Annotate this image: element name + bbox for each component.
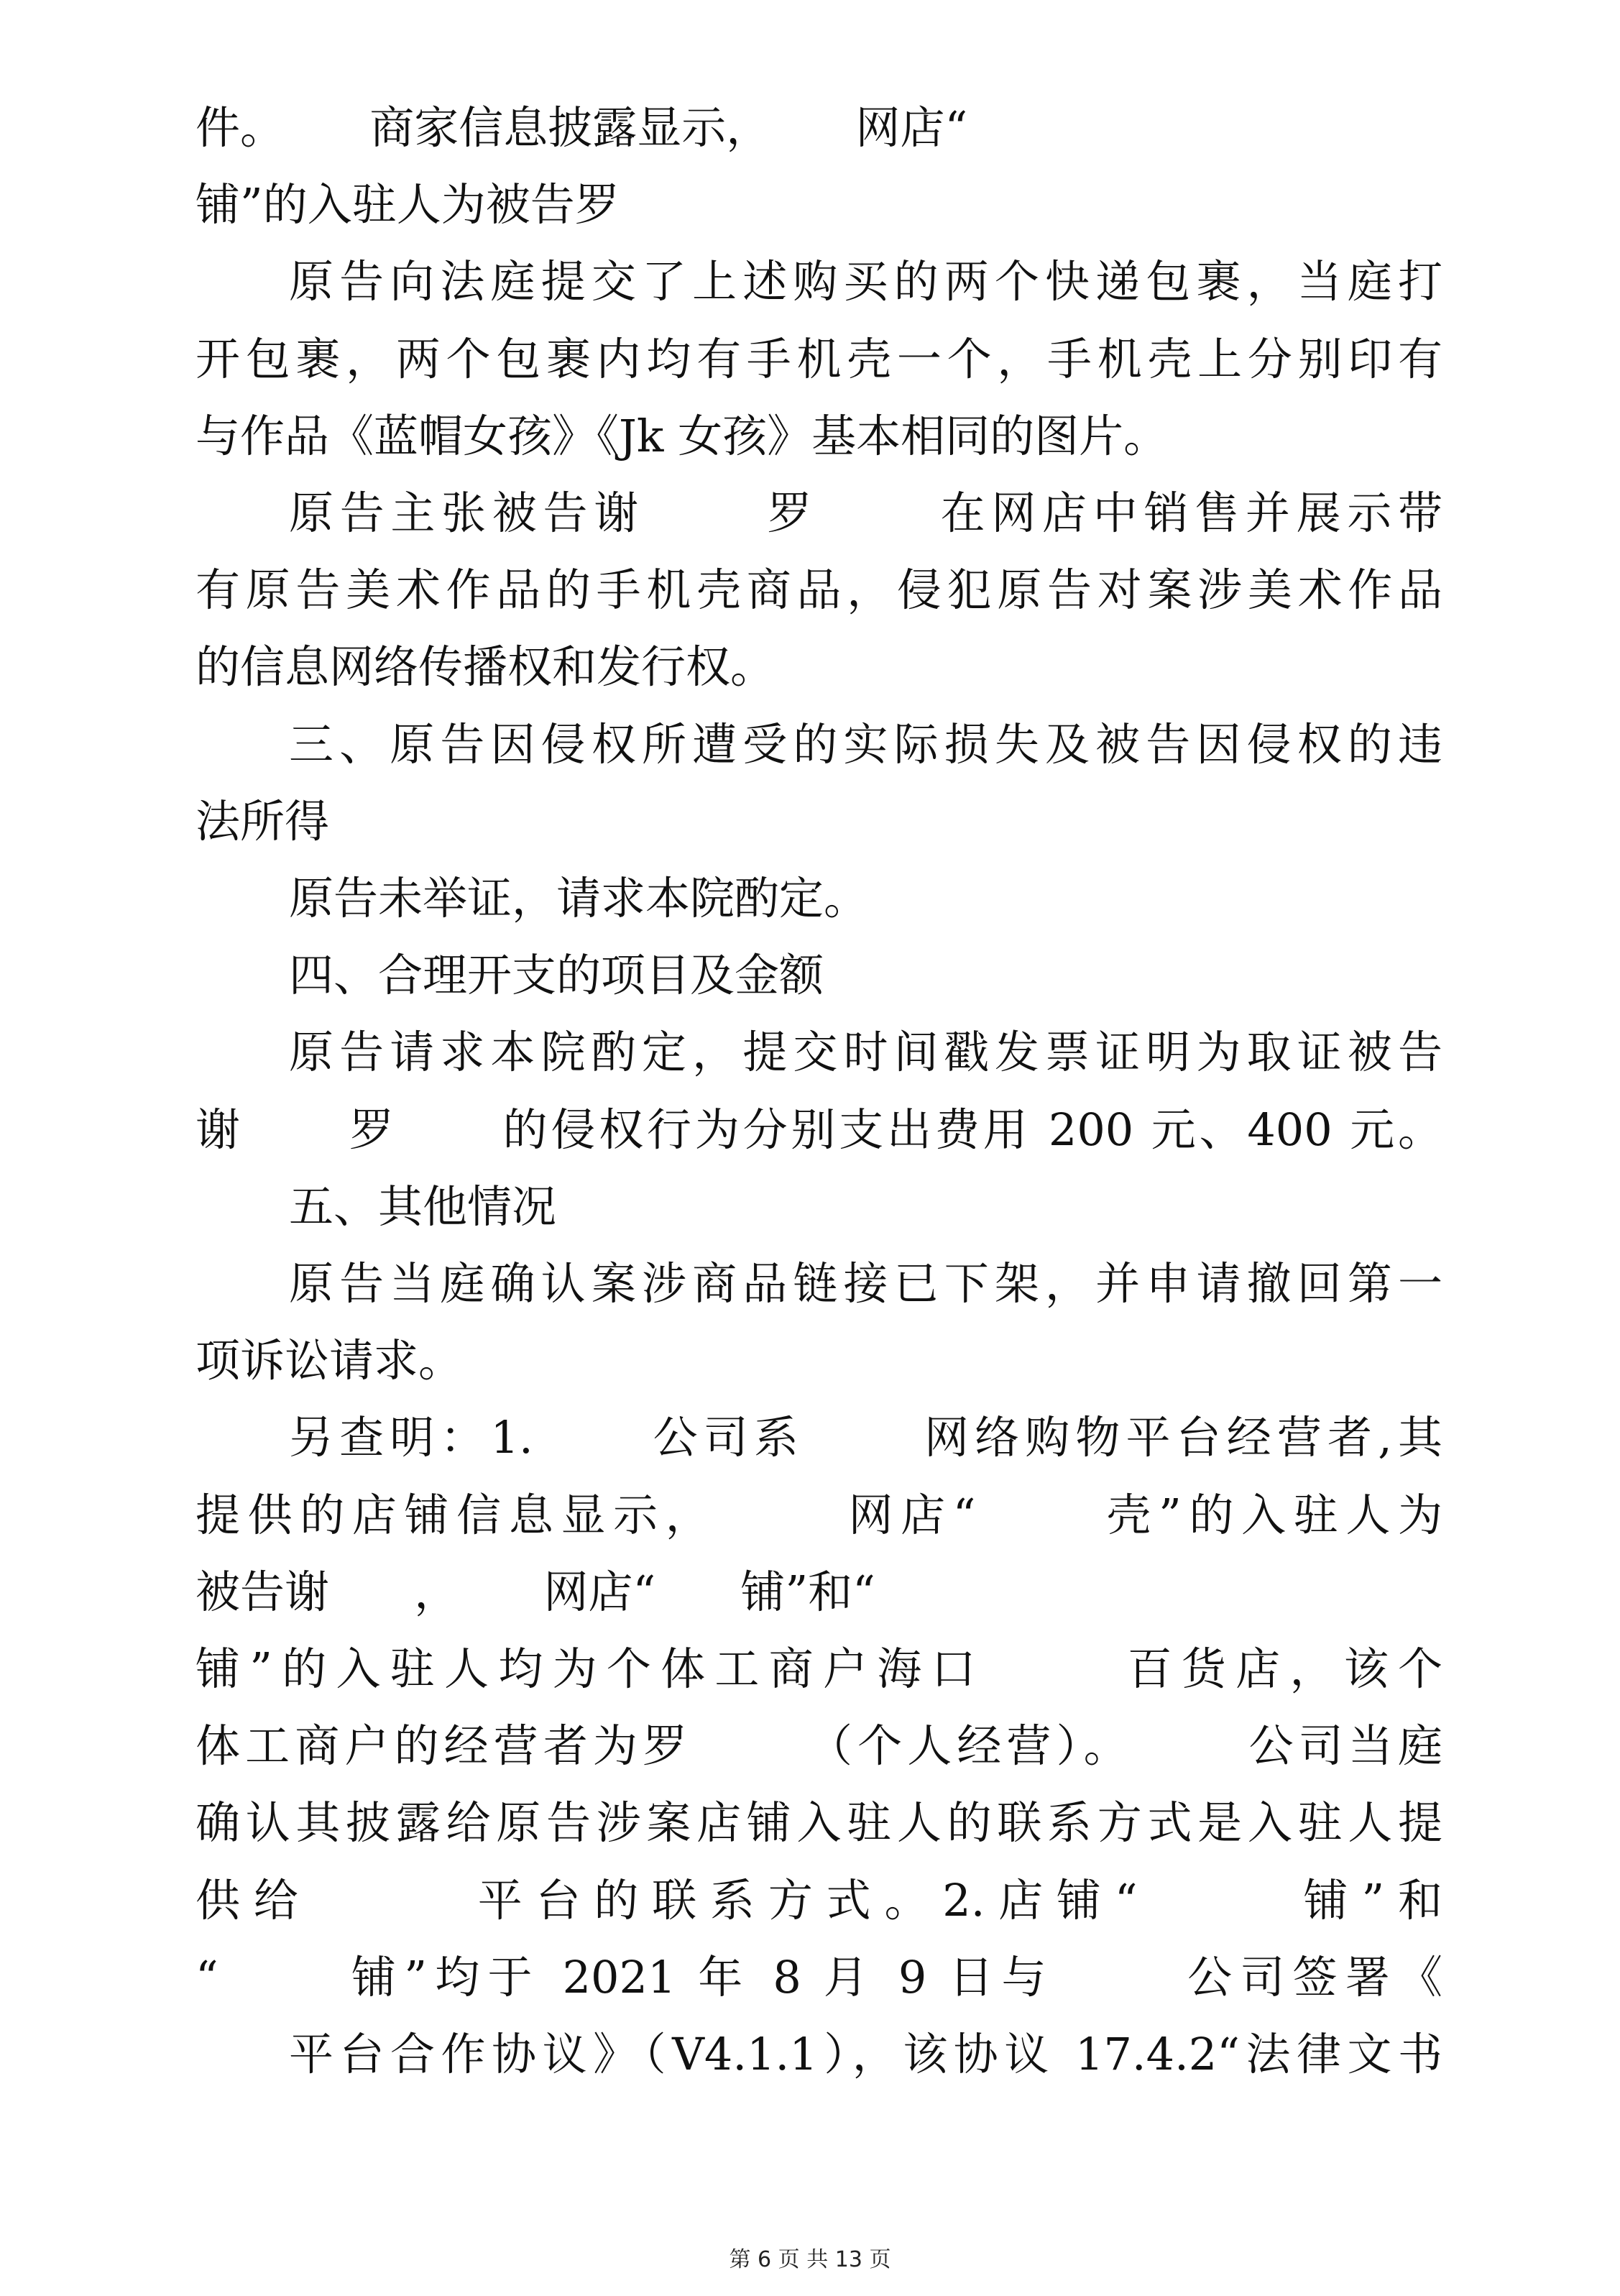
document-line: 五、其他情况 — [289, 1171, 1442, 1243]
document-line: 提供的店铺信息显示， 网店“ 壳”的入驻人为 — [195, 1479, 1442, 1551]
document-line: 法所得 — [195, 786, 1442, 858]
document-line: 原告未举证，请求本院酌定。 — [289, 863, 1442, 935]
document-line: 的信息网络传播权和发行权。 — [195, 631, 1442, 703]
document-line: 原告当庭确认案涉商品链接已下架，并申请撤回第一 — [289, 1248, 1442, 1320]
document-line: “ 铺”均于 2021 年 8 月 9 日与 公司签署《 — [195, 1942, 1442, 2013]
document-line: 三、原告因侵权所遭受的实际损失及被告因侵权的违 — [289, 709, 1442, 781]
document-line: 谢 罗 的侵权行为分别支出费用 200 元、400 元。 — [195, 1094, 1442, 1166]
document-line: 平台合作协议》（V4.1.1），该协议 17.4.2“法律文书 — [289, 2019, 1442, 2090]
document-line: 另查明：1. 公司系 网络购物平台经营者,其 — [289, 1402, 1442, 1474]
document-line: 铺”的入驻人均为个体工商户海口 百货店，该个 — [195, 1633, 1442, 1705]
document-page: 件。 商家信息披露显示， 网店“铺”的入驻人为被告罗原告向法庭提交了上述购买的两… — [0, 0, 1620, 2296]
document-line: 原告向法庭提交了上述购买的两个快递包裹，当庭打 — [289, 246, 1442, 318]
document-line: 供给 平台的联系方式。2.店铺“ 铺”和 — [195, 1865, 1442, 1937]
document-line: 确认其披露给原告涉案店铺入驻人的联系方式是入驻人提 — [195, 1787, 1442, 1859]
document-line: 原告主张被告谢 罗 在网店中销售并展示带 — [289, 477, 1442, 549]
document-line: 与作品《蓝帽女孩》《Jk 女孩》基本相同的图片。 — [195, 400, 1442, 472]
document-line: 原告请求本院酌定，提交时间戳发票证明为取证被告 — [289, 1016, 1442, 1088]
document-line: 项诉讼请求。 — [195, 1325, 1442, 1397]
document-line: 铺”的入驻人为被告罗 — [195, 169, 1442, 241]
document-line: 被告谢 ， 网店“ 铺”和“ — [195, 1556, 1442, 1628]
document-line: 开包裹，两个包裹内均有手机壳一个，手机壳上分别印有 — [195, 323, 1442, 395]
document-line: 有原告美术作品的手机壳商品，侵犯原告对案涉美术作品 — [195, 554, 1442, 626]
page-number-footer: 第 6 页 共 13 页 — [0, 2241, 1620, 2273]
document-line: 四、合理开支的项目及金额 — [289, 940, 1442, 1011]
document-line: 件。 商家信息披露显示， 网店“ — [195, 92, 1442, 164]
document-line: 体工商户的经营者为罗 （个人经营）。 公司当庭 — [195, 1710, 1442, 1782]
